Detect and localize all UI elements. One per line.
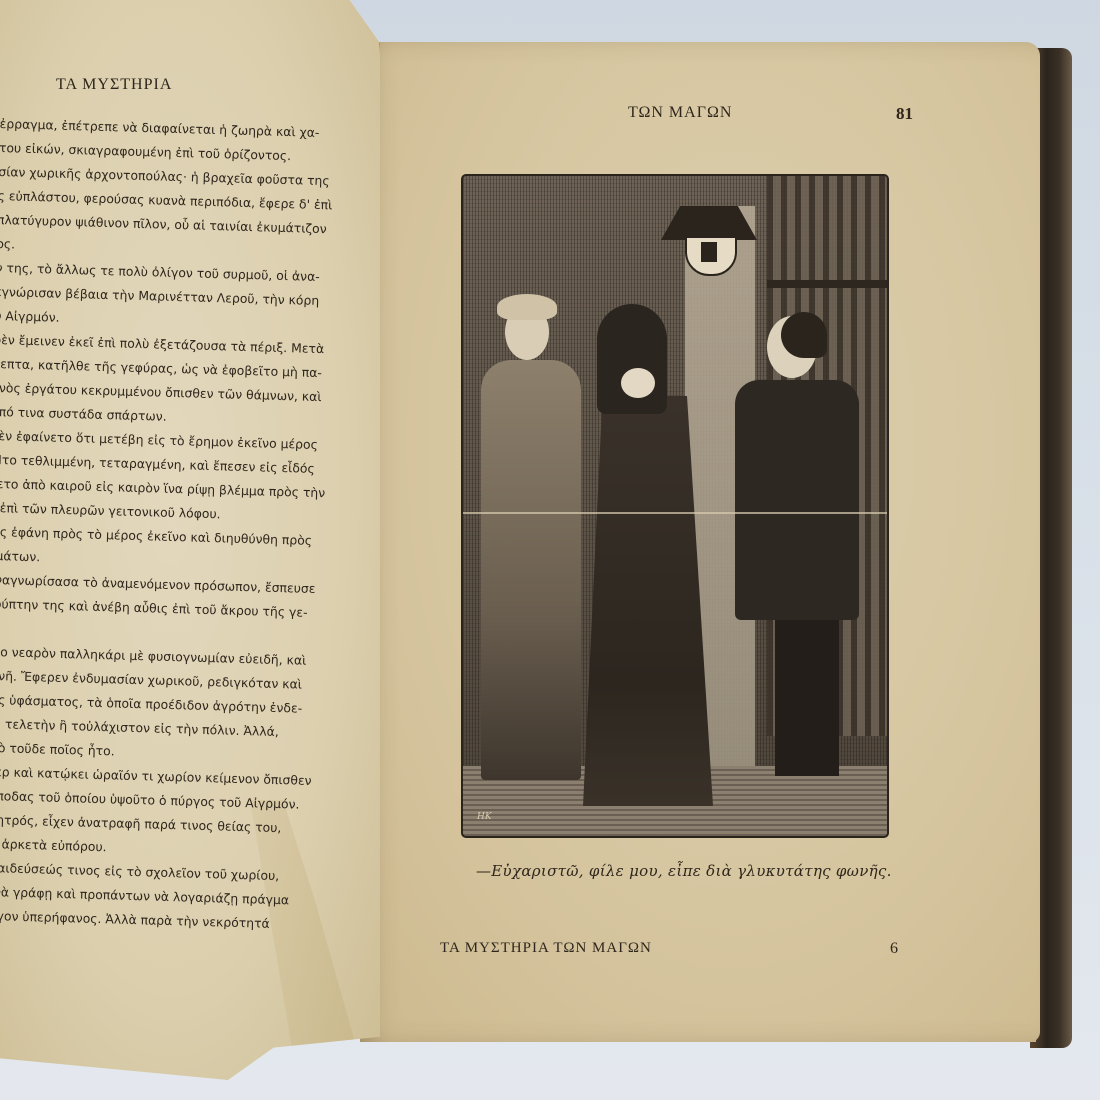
signature-mark: 6 <box>890 940 898 958</box>
book-photo: ΤΩΝ ΜΑΓΩΝ 81 HK —Εὐχαριστῶ, φίλε μου, εἶ… <box>0 0 1100 1100</box>
illustration-caption: —Εὐχαριστῶ, φίλε μου, εἶπε διὰ γλυκυτάτη… <box>476 862 892 880</box>
page-fold-line <box>463 512 887 514</box>
left-page-body-text: ἐρραγμα, ἐπέτρεπε νὰ διαφαίνεται ἡ ζωηρὰ… <box>0 112 366 938</box>
figure-young-man <box>731 316 861 776</box>
footer-title: ΤΑ ΜΥΣΤΗΡΙΑ ΤΩΝ ΜΑΓΩΝ <box>440 940 652 957</box>
running-head-left: ΤΑ ΜΥΣΤΗΡΙΑ <box>56 76 172 94</box>
left-page: ΤΑ ΜΥΣΤΗΡΙΑ ἐρραγμα, ἐπέτρεπε νὰ διαφαίν… <box>0 0 380 1080</box>
engraving-illustration: HK <box>461 174 889 838</box>
figure-woman-bonnet <box>481 294 581 774</box>
running-head-right: ΤΩΝ ΜΑΓΩΝ <box>628 104 732 122</box>
page-number: 81 <box>896 104 913 124</box>
hanging-lamp-icon <box>661 196 757 266</box>
figure-veiled-woman <box>583 304 703 804</box>
engraver-signature: HK <box>477 812 492 822</box>
bookshelf <box>767 280 887 288</box>
